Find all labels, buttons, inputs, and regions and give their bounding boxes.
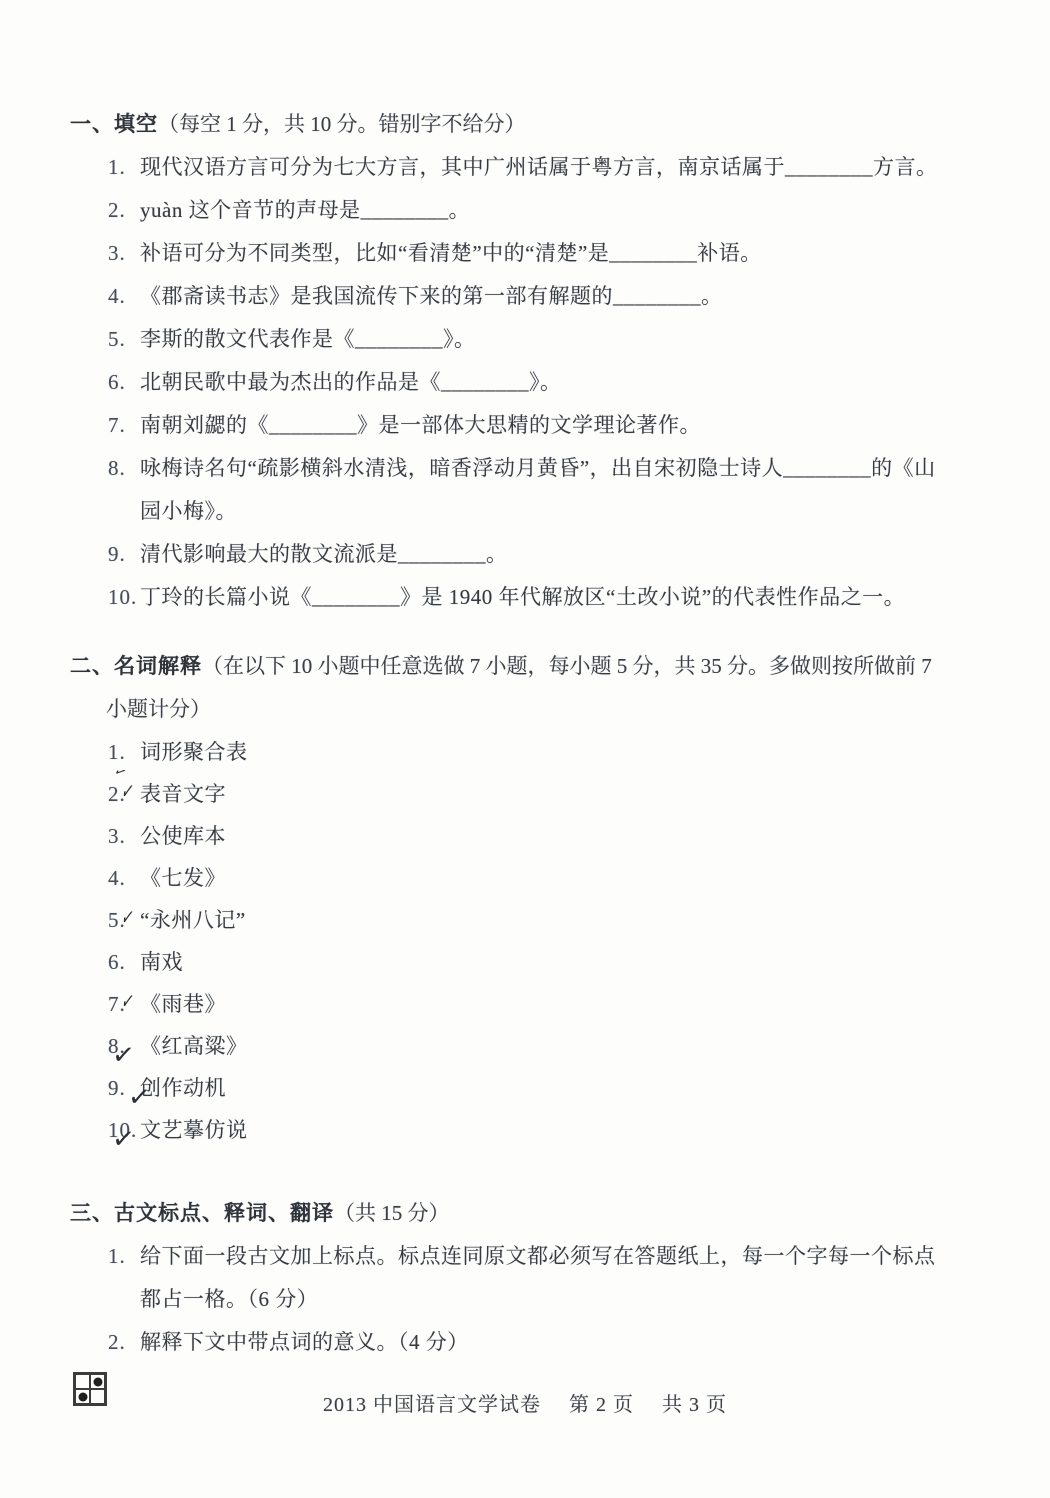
- question-number: 1.: [108, 1235, 154, 1278]
- term-label: 《红高粱》: [140, 1025, 985, 1067]
- section2-note: （在以下 10 小题中任意选做 7 小题，每小题 5 分，共 35 分。多做则按…: [202, 654, 932, 678]
- fill-blank-question-9: 9. 清代影响最大的散文流派是________。: [70, 533, 985, 576]
- term-item-10: 10. 文艺摹仿说: [70, 1109, 985, 1151]
- term-label: 《雨巷》: [140, 983, 985, 1025]
- question-number: 3.: [108, 232, 154, 275]
- question-text: 咏梅诗名句“疏影横斜水清浅，暗香浮动月黄昏”，出自宋初隐士诗人________的…: [140, 447, 985, 490]
- fill-blank-question-8: 8. 咏梅诗名句“疏影横斜水清浅，暗香浮动月黄昏”，出自宋初隐士诗人______…: [70, 447, 985, 533]
- fill-blank-question-5: 5. 李斯的散文代表作是《________》。: [70, 318, 985, 361]
- term-item-8: 8. 《红高粱》: [70, 1025, 985, 1067]
- section1-title: 一、填空: [70, 113, 158, 136]
- fill-blank-question-1: 1. 现代汉语方言可分为七大方言，其中广州话属于粤方言，南京话属于_______…: [70, 146, 985, 189]
- classical-question-1: 1. 给下面一段古文加上标点。标点连同原文都必须写在答题纸上，每一个字每一个标点…: [70, 1235, 985, 1321]
- term-number: 4.: [108, 857, 154, 899]
- section2-note-continued: 小题计分）: [70, 688, 985, 731]
- fill-blank-question-7: 7. 南朝刘勰的《________》是一部体大思精的文学理论著作。: [70, 404, 985, 447]
- question-text: 补语可分为不同类型，比如“看清楚”中的“清楚”是________补语。: [140, 232, 985, 275]
- question-text: 解释下文中带点词的意义。（4 分）: [140, 1321, 985, 1364]
- question-text: 《郡斋读书志》是我国流传下来的第一部有解题的________。: [140, 275, 985, 318]
- term-number: 1.: [108, 731, 154, 773]
- question-text: 李斯的散文代表作是《________》。: [140, 318, 985, 361]
- question-text: 现代汉语方言可分为七大方言，其中广州话属于粤方言，南京话属于________方言…: [140, 146, 985, 189]
- question-text: yuàn 这个音节的声母是________。: [140, 189, 985, 232]
- regmark-cell-dot: [90, 1374, 105, 1389]
- section2-header: 二、名词解释（在以下 10 小题中任意选做 7 小题，每小题 5 分，共 35 …: [70, 645, 985, 688]
- section1-header: 一、填空（每空 1 分，共 10 分。错别字不给分）: [70, 103, 985, 146]
- term-item-4: 4. 《七发》: [70, 857, 985, 899]
- page-footer: 2013 中国语言文学试卷 第 2 页 共 3 页: [0, 1388, 1050, 1417]
- footer-doc-title: 2013 中国语言文学试卷: [323, 1394, 541, 1416]
- section3-header: 三、古文标点、释词、翻译（共 15 分）: [70, 1192, 985, 1235]
- section-classical-text: 三、古文标点、释词、翻译（共 15 分） 1. 给下面一段古文加上标点。标点连同…: [70, 1192, 985, 1364]
- section1-note: （每空 1 分，共 10 分。错别字不给分）: [158, 112, 526, 136]
- term-label: 表音文字: [140, 773, 985, 815]
- term-number: 7.: [108, 983, 154, 1025]
- section-term-explanation: 二、名词解释（在以下 10 小题中任意选做 7 小题，每小题 5 分，共 35 …: [70, 645, 985, 1151]
- term-label: 南戏: [140, 941, 985, 983]
- question-number: 10.: [108, 576, 154, 619]
- question-number: 2.: [108, 189, 154, 232]
- section2-title: 二、名词解释: [70, 655, 202, 678]
- term-number: 6.: [108, 941, 154, 983]
- classical-question-2: 2. 解释下文中带点词的意义。（4 分）: [70, 1321, 985, 1364]
- term-label: “永州八记”: [140, 899, 985, 941]
- question-number: 1.: [108, 146, 154, 189]
- question-text-continued: 园小梅》。: [140, 490, 985, 533]
- question-number: 9.: [108, 533, 154, 576]
- question-number: 7.: [108, 404, 154, 447]
- term-number: 8.: [108, 1025, 154, 1067]
- term-label: 文艺摹仿说: [140, 1109, 985, 1151]
- term-label: 词形聚合表: [140, 731, 985, 773]
- term-item-7: 7. 《雨巷》: [70, 983, 985, 1025]
- term-item-3: 3. 公使库本: [70, 815, 985, 857]
- question-text: 南朝刘勰的《________》是一部体大思精的文学理论著作。: [140, 404, 985, 447]
- term-item-2: 2. 表音文字: [70, 773, 985, 815]
- term-number: 2.: [108, 773, 154, 815]
- footer-page-number: 第 2 页: [569, 1394, 634, 1416]
- term-item-6: 6. 南戏: [70, 941, 985, 983]
- question-text-continued: 都占一格。（6 分）: [140, 1278, 985, 1321]
- term-number: 9.: [108, 1067, 154, 1109]
- footer-total-pages: 共 3 页: [662, 1394, 727, 1416]
- term-label: 公使库本: [140, 815, 985, 857]
- term-item-9: 9. 创作动机: [70, 1067, 985, 1109]
- fill-blank-question-10: 10. 丁玲的长篇小说《________》是 1940 年代解放区“土改小说”的…: [70, 576, 985, 619]
- question-text: 北朝民歌中最为杰出的作品是《________》。: [140, 361, 985, 404]
- term-number: 3.: [108, 815, 154, 857]
- section3-note: （共 15 分）: [334, 1201, 450, 1225]
- term-label: 《七发》: [140, 857, 985, 899]
- fill-blank-question-4: 4. 《郡斋读书志》是我国流传下来的第一部有解题的________。: [70, 275, 985, 318]
- question-number: 4.: [108, 275, 154, 318]
- question-number: 6.: [108, 361, 154, 404]
- question-text: 给下面一段古文加上标点。标点连同原文都必须写在答题纸上，每一个字每一个标点: [140, 1235, 985, 1278]
- term-item-5: 5. “永州八记”: [70, 899, 985, 941]
- question-text: 清代影响最大的散文流派是________。: [140, 533, 985, 576]
- fill-blank-question-2: 2. yuàn 这个音节的声母是________。: [70, 189, 985, 232]
- term-item-1: 1. 词形聚合表: [70, 731, 985, 773]
- question-number: 8.: [108, 447, 154, 490]
- term-label: 创作动机: [140, 1067, 985, 1109]
- regmark-cell-empty: [75, 1374, 90, 1389]
- term-number: 5.: [108, 899, 154, 941]
- question-number: 2.: [108, 1321, 154, 1364]
- section-fill-in-blanks: 一、填空（每空 1 分，共 10 分。错别字不给分） 1. 现代汉语方言可分为七…: [70, 103, 985, 619]
- fill-blank-question-3: 3. 补语可分为不同类型，比如“看清楚”中的“清楚”是________补语。: [70, 232, 985, 275]
- exam-paper-page: 一、填空（每空 1 分，共 10 分。错别字不给分） 1. 现代汉语方言可分为七…: [0, 0, 1050, 1498]
- section3-title: 三、古文标点、释词、翻译: [70, 1202, 334, 1225]
- question-text: 丁玲的长篇小说《________》是 1940 年代解放区“土改小说”的代表性作…: [140, 576, 985, 619]
- term-number: 10.: [108, 1109, 154, 1151]
- fill-blank-question-6: 6. 北朝民歌中最为杰出的作品是《________》。: [70, 361, 985, 404]
- question-number: 5.: [108, 318, 154, 361]
